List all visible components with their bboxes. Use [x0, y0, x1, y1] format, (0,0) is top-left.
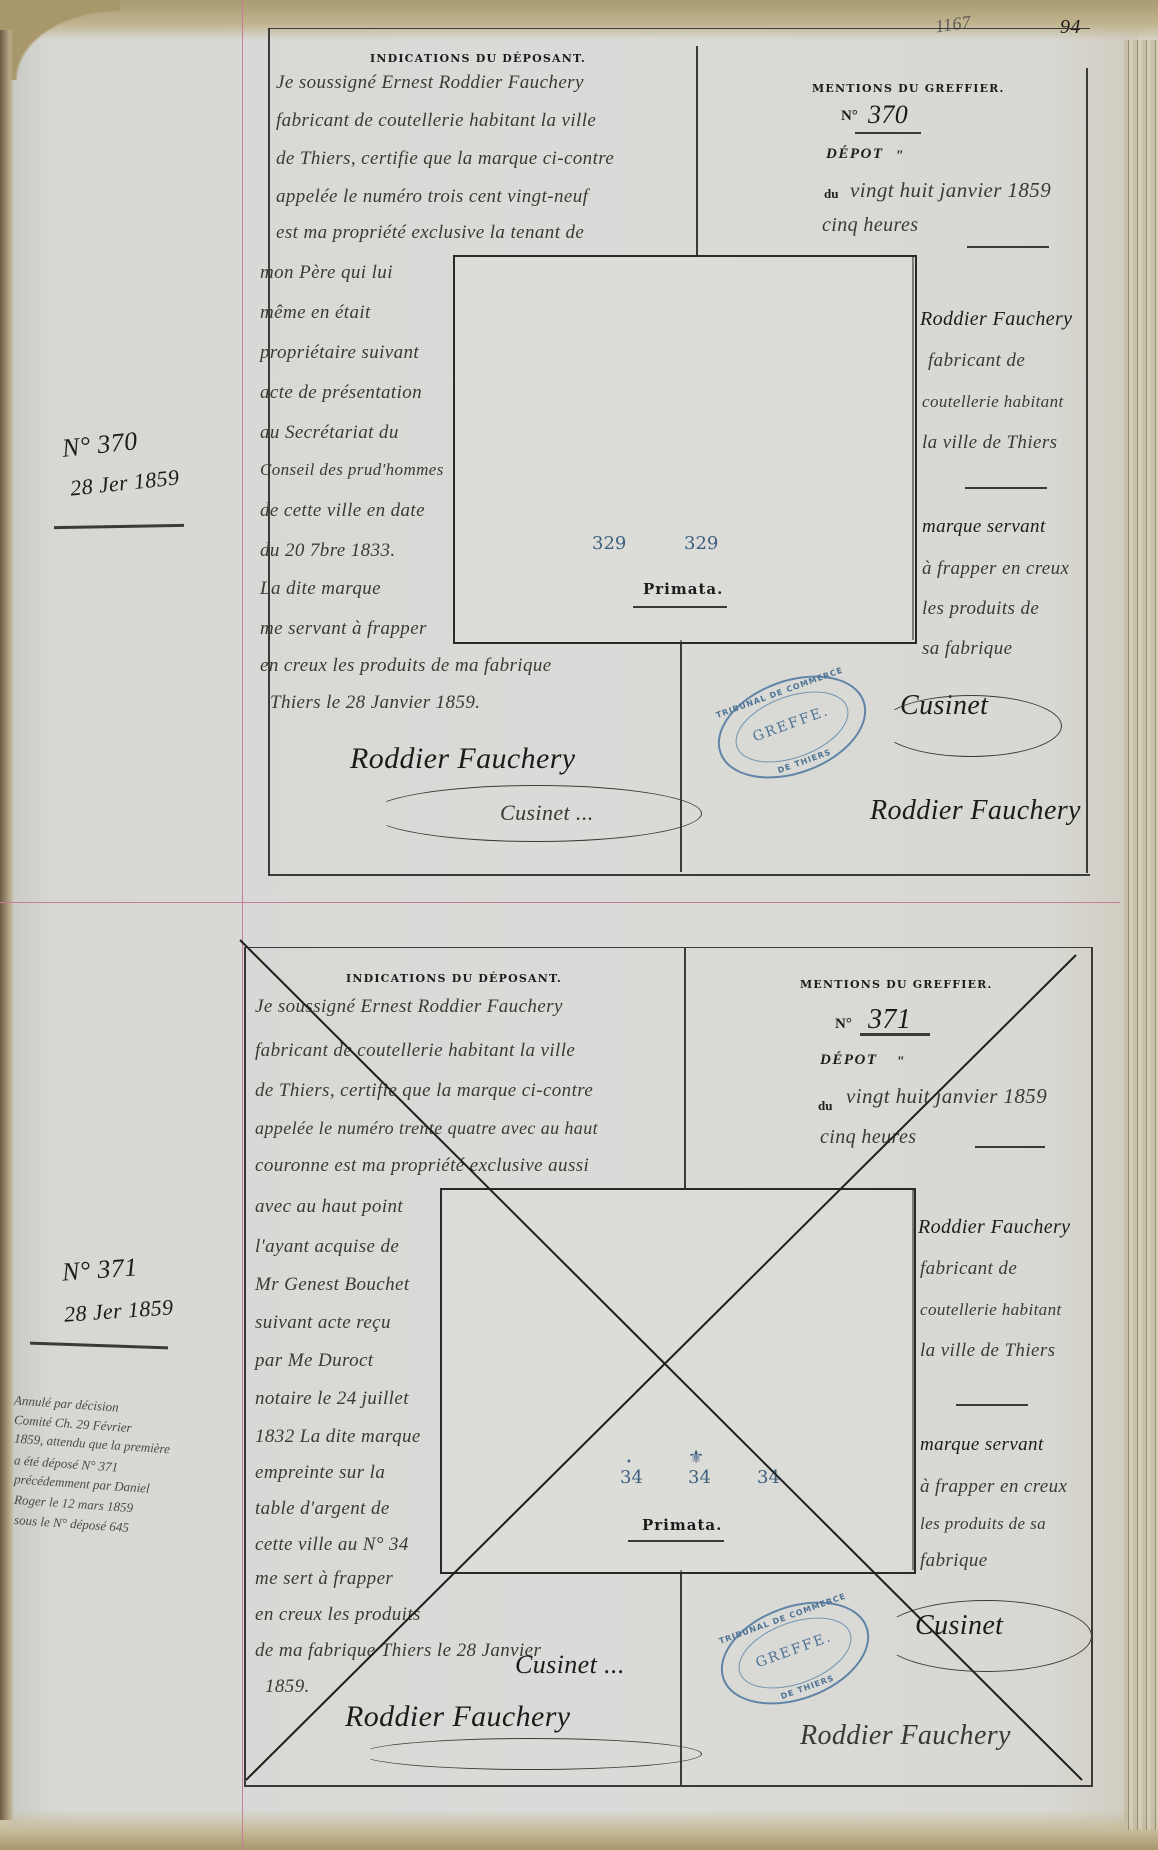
deposant-line: de ma fabrique Thiers le 28 Janvier: [255, 1640, 541, 1662]
deposant-line: en creux les produits de ma fabrique: [260, 655, 552, 677]
deposant-line: au Secrétariat du: [260, 422, 399, 444]
margin-entry-number: N° 371: [61, 1252, 139, 1287]
deposant-line: Mr Genest Bouchet: [255, 1274, 410, 1296]
deposant-countersign: Cusinet ...: [515, 1650, 625, 1680]
greffier-line: marque servant: [922, 516, 1046, 538]
depot-label: DÉPOT: [820, 1052, 878, 1069]
deposant-line: appelée le numéro trente quatre avec au …: [255, 1118, 598, 1139]
greffier-separator: [956, 1404, 1028, 1406]
stamp-number: 329: [592, 533, 626, 554]
no-label: N°: [835, 1016, 852, 1033]
binding-edge: [0, 30, 14, 1820]
entry-frame-right: [1086, 68, 1088, 873]
greffier-line: marque servant: [920, 1434, 1044, 1456]
stamp-name: Primata.: [643, 580, 723, 598]
deposant-line: de cette ville en date: [260, 500, 425, 522]
greffier-line: fabrique: [920, 1550, 988, 1572]
deposant-line: fabricant de coutellerie habitant la vil…: [255, 1040, 575, 1062]
deposant-line: La dite marque: [260, 578, 381, 600]
stamp-name: Primata.: [642, 1516, 722, 1534]
deposant-line: avec au haut point: [255, 1196, 403, 1218]
stamp-number: 34: [620, 1467, 643, 1488]
greffier-header: MENTIONS DU GREFFIER.: [812, 82, 1005, 95]
deposant-header: INDICATIONS DU DÉPOSANT.: [370, 52, 586, 65]
deposant-line: Thiers le 28 Janvier 1859.: [270, 692, 480, 714]
deposant-line: Conseil des prud'hommes: [260, 460, 444, 480]
deposant-line: suivant acte reçu: [255, 1312, 391, 1334]
page-corner-curl: [0, 0, 120, 80]
deposant-line: couronne est ma propriété exclusive auss…: [255, 1155, 589, 1177]
greffier-line: Roddier Fauchery: [918, 1216, 1070, 1239]
deposant-line: cette ville au N° 34: [255, 1534, 409, 1556]
no-underline: [860, 1033, 930, 1036]
deposant-line: par Me Duroct: [255, 1350, 373, 1372]
stamp-name-underline: [633, 606, 727, 608]
signature-flourish: [880, 695, 1062, 757]
greffier-signature-2: Roddier Fauchery: [870, 795, 1081, 827]
greffier-line: Roddier Fauchery: [920, 308, 1072, 331]
hour-underline: [967, 246, 1049, 248]
deposant-signature: Roddier Fauchery: [350, 742, 576, 776]
greffier-signature-2: Roddier Fauchery: [800, 1720, 1011, 1752]
margin-rule-vertical: [242, 0, 243, 1850]
depot-date: vingt huit janvier 1859: [846, 1084, 1047, 1109]
depot-label: DÉPOT: [826, 146, 884, 163]
deposant-line: du 20 7bre 1833.: [260, 540, 396, 562]
stamp-number: 34: [757, 1467, 780, 1488]
greffier-line: coutellerie habitant: [920, 1300, 1062, 1320]
deposant-line: en creux les produits: [255, 1604, 421, 1626]
deposant-line: me servant à frapper: [260, 618, 427, 640]
deposant-line: propriétaire suivant: [260, 342, 419, 364]
greffier-line: à frapper en creux: [920, 1476, 1067, 1498]
hour-underline: [975, 1146, 1045, 1148]
greffier-separator: [965, 487, 1047, 489]
deposant-line: de Thiers, certifie que la marque ci-con…: [255, 1080, 593, 1102]
page-bottom-edge: [0, 1810, 1158, 1850]
greffier-line: fabricant de: [920, 1258, 1017, 1280]
column-divider: [696, 46, 698, 256]
stamp-name-underline: [628, 1540, 724, 1542]
margin-rule-horizontal: [0, 902, 1120, 903]
deposant-line: appelée le numéro trois cent vingt-neuf: [276, 186, 588, 208]
deposant-line: acte de présentation: [260, 382, 422, 404]
no-label: N°: [841, 108, 858, 125]
deposant-line: fabricant de coutellerie habitant la vil…: [276, 110, 596, 132]
deposant-line: Je soussigné Ernest Roddier Fauchery: [255, 996, 563, 1018]
deposant-line: même en était: [260, 302, 371, 324]
deposant-line: me sert à frapper: [255, 1568, 393, 1590]
greffier-line: fabricant de: [928, 350, 1025, 372]
depot-mark: ": [895, 148, 903, 165]
column-divider: [684, 948, 686, 1188]
greffier-line: la ville de Thiers: [922, 432, 1057, 454]
deposant-line: notaire le 24 juillet: [255, 1388, 409, 1410]
deposant-line: empreinte sur la: [255, 1462, 385, 1484]
du-label: du: [818, 1098, 832, 1114]
depot-mark: ": [896, 1054, 904, 1071]
greffier-line: les produits de sa: [920, 1514, 1046, 1534]
deposant-line: 1832 La dite marque: [255, 1426, 421, 1448]
greffier-line: coutellerie habitant: [922, 392, 1064, 412]
no-value: 371: [868, 1004, 911, 1036]
deposant-line: l'ayant acquise de: [255, 1236, 399, 1258]
greffier-line: à frapper en creux: [922, 558, 1069, 580]
deposant-signature: Roddier Fauchery: [345, 1700, 571, 1734]
no-value: 370: [868, 100, 908, 130]
greffier-header: MENTIONS DU GREFFIER.: [800, 978, 993, 991]
greffier-line: les produits de: [922, 598, 1039, 620]
stamp-number: 329: [684, 533, 718, 554]
deposant-line: est ma propriété exclusive la tenant de: [276, 222, 584, 244]
deposant-line: 1859.: [265, 1676, 310, 1698]
signature-flourish: [370, 785, 702, 842]
deposant-line: de Thiers, certifie que la marque ci-con…: [276, 148, 614, 170]
signature-flourish: [360, 1738, 702, 1770]
greffier-line: sa fabrique: [922, 638, 1012, 660]
deposant-header: INDICATIONS DU DÉPOSANT.: [346, 972, 562, 985]
deposant-line: mon Père qui lui: [260, 262, 393, 284]
deposant-line: Je soussigné Ernest Roddier Fauchery: [276, 72, 584, 94]
depot-hour: cinq heures: [820, 1126, 916, 1149]
page-stack-edge: [1124, 40, 1158, 1830]
column-divider-lower: [680, 640, 682, 872]
du-label: du: [824, 186, 838, 202]
no-underline: [855, 132, 921, 134]
depot-date: vingt huit janvier 1859: [850, 178, 1051, 203]
stamp-number: 34: [688, 1467, 711, 1488]
stamp-ornament-crown-icon: ⚜: [688, 1447, 704, 1468]
deposant-line: table d'argent de: [255, 1498, 390, 1520]
signature-flourish: [880, 1600, 1092, 1672]
greffier-line: la ville de Thiers: [920, 1340, 1055, 1362]
depot-hour: cinq heures: [822, 214, 918, 237]
